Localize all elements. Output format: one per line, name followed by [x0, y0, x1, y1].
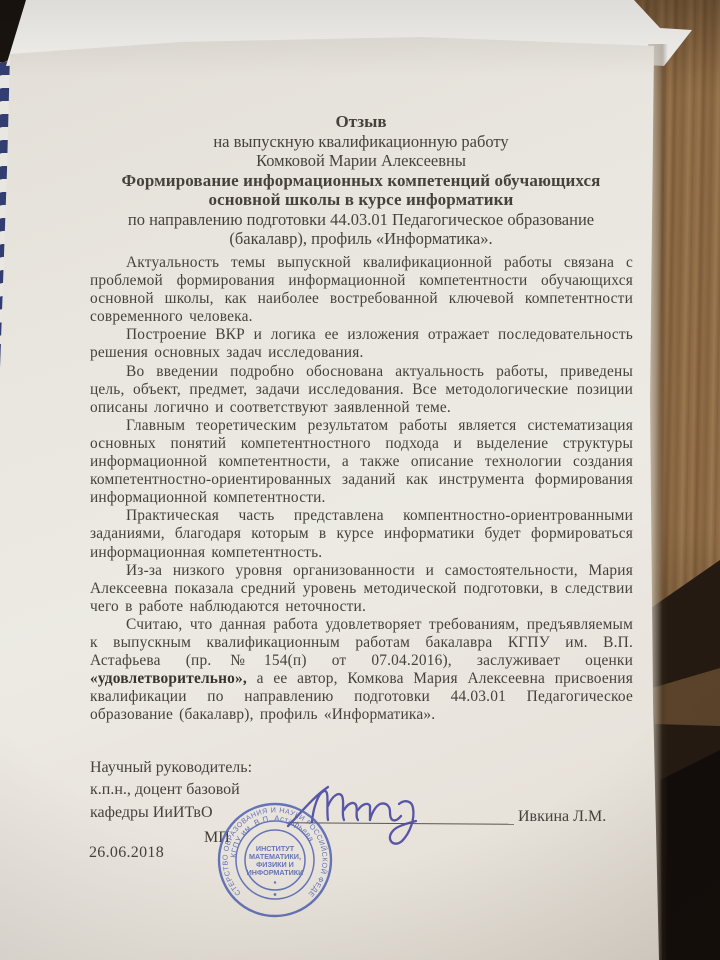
conclusion-text-before: Считаю, что данная работа удовлетворяет … [90, 616, 633, 669]
stamp-dot-inner [274, 881, 276, 883]
supervisor-line-1: Научный руководитель: [90, 757, 252, 779]
review-subtitle-line-1: на выпускную квалификационную работу [90, 132, 632, 152]
date-label: 26.06.2018 [89, 844, 164, 862]
paragraph-theoretical-result: Главным теоретическим результатом работы… [90, 417, 633, 507]
stamp-dot-ring [274, 893, 277, 896]
paragraph-structure: Построение ВКР и логика ее изложения отр… [90, 326, 633, 362]
program-line-2: (бакалавр), профиль «Информатика». [90, 229, 632, 249]
paragraph-conclusion: Считаю, что данная работа удовлетворяет … [90, 616, 633, 725]
stamp-center-text: ИНСТИТУТ МАТЕМАТИКИ, ФИЗИКИ И ИНФОРМАТИК… [247, 844, 304, 877]
review-body: Актуальность темы выпускной квалификацио… [90, 254, 633, 724]
paragraph-introduction: Во введении подробно обоснована актуальн… [90, 363, 633, 417]
desk-photo: Отзыв на выпускную квалификационную рабо… [0, 0, 720, 960]
supervisor-line-2: к.п.н., доцент базовой [90, 779, 252, 801]
institute-stamp: • МИНИСТЕРСТВО ОБРАЗОВАНИЯ И НАУКИ РОССИ… [216, 801, 334, 919]
grade-bold: «удовлетворительно», [90, 670, 247, 687]
paragraph-criticism: Из-за низкого уровня организованности и … [90, 562, 633, 616]
thesis-theme-line-1: Формирование информационных компетенций … [90, 171, 632, 191]
review-header: Отзыв на выпускную квалификационную рабо… [90, 112, 632, 249]
review-author-line: Комковой Марии Алексеевны [90, 151, 632, 171]
review-title: Отзыв [90, 112, 632, 132]
svg-text:ИНФОРМАТИКИ: ИНФОРМАТИКИ [247, 868, 304, 877]
supervisor-name: Ивкина Л.М. [518, 808, 606, 826]
thesis-theme-line-2: основной школы в курсе информатики [90, 190, 632, 210]
paragraph-relevance: Актуальность темы выпускной квалификацио… [90, 254, 633, 326]
paragraph-practical-part: Практическая часть представлена компентн… [90, 507, 633, 561]
program-line-1: по направлению подготовки 44.03.01 Педаг… [90, 210, 632, 230]
